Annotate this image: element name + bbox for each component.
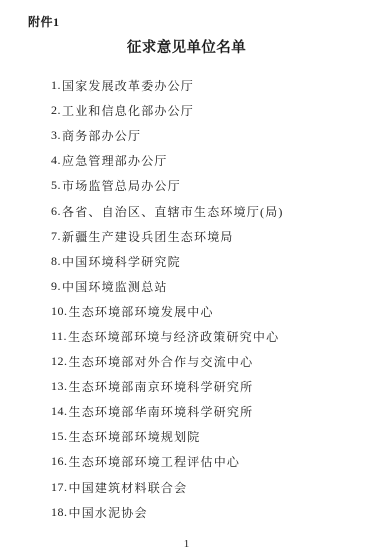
list-item: 11.生态环境部环境与经济政策研究中心 bbox=[51, 324, 367, 349]
list-item: 16.生态环境部环境工程评估中心 bbox=[51, 449, 367, 474]
list-item-name: 中国环境监测总站 bbox=[62, 278, 168, 295]
page-number: 1 bbox=[0, 538, 373, 550]
list-item-number: 4. bbox=[51, 153, 61, 168]
list-item-number: 15. bbox=[51, 429, 68, 444]
list-item-name: 生态环境部华南环境科学研究所 bbox=[69, 403, 254, 420]
document-page: 附件1 征求意见单位名单 1.国家发展改革委办公厅2.工业和信息化部办公厅3.商… bbox=[0, 0, 373, 554]
list-item: 13.生态环境部南京环境科学研究所 bbox=[51, 374, 367, 399]
list-item-number: 1. bbox=[51, 78, 61, 93]
list-item-name: 中国水泥协会 bbox=[69, 504, 148, 521]
list-item-number: 16. bbox=[51, 454, 68, 469]
list-item-number: 12. bbox=[51, 354, 68, 369]
attachment-label: 附件1 bbox=[28, 13, 60, 30]
list-item-name: 中国环境科学研究院 bbox=[62, 253, 181, 270]
list-item-name: 生态环境部对外合作与交流中心 bbox=[69, 353, 254, 370]
list-item-name: 各省、自治区、直辖市生态环境厅(局) bbox=[62, 203, 284, 220]
list-item-number: 2. bbox=[51, 103, 61, 118]
list-item: 14.生态环境部华南环境科学研究所 bbox=[51, 399, 367, 424]
list-item: 17.中国建筑材料联合会 bbox=[51, 475, 367, 500]
unit-list: 1.国家发展改革委办公厅2.工业和信息化部办公厅3.商务部办公厅4.应急管理部办… bbox=[51, 73, 367, 525]
list-item: 18.中国水泥协会 bbox=[51, 500, 367, 525]
list-item-number: 14. bbox=[51, 404, 68, 419]
list-item-number: 18. bbox=[51, 505, 68, 520]
list-item-name: 生态环境部南京环境科学研究所 bbox=[69, 378, 254, 395]
list-item-number: 3. bbox=[51, 128, 61, 143]
list-item-number: 5. bbox=[51, 178, 61, 193]
list-item: 15.生态环境部环境规划院 bbox=[51, 424, 367, 449]
list-item-number: 13. bbox=[51, 379, 68, 394]
list-item-number: 9. bbox=[51, 279, 61, 294]
list-item: 12.生态环境部对外合作与交流中心 bbox=[51, 349, 367, 374]
list-item-name: 生态环境部环境与经济政策研究中心 bbox=[68, 328, 279, 345]
list-item: 1.国家发展改革委办公厅 bbox=[51, 73, 367, 98]
list-item-name: 生态环境部环境规划院 bbox=[69, 428, 201, 445]
list-item-name: 工业和信息化部办公厅 bbox=[62, 102, 194, 119]
list-item: 7.新疆生产建设兵团生态环境局 bbox=[51, 224, 367, 249]
list-item-name: 生态环境部环境发展中心 bbox=[69, 303, 214, 320]
list-item-number: 17. bbox=[51, 480, 68, 495]
list-item-name: 国家发展改革委办公厅 bbox=[62, 77, 194, 94]
list-item-name: 商务部办公厅 bbox=[62, 127, 141, 144]
list-item-name: 新疆生产建设兵团生态环境局 bbox=[62, 228, 234, 245]
list-item-number: 7. bbox=[51, 229, 61, 244]
list-item: 10.生态环境部环境发展中心 bbox=[51, 299, 367, 324]
list-item: 3.商务部办公厅 bbox=[51, 123, 367, 148]
list-item: 8.中国环境科学研究院 bbox=[51, 249, 367, 274]
list-item: 2.工业和信息化部办公厅 bbox=[51, 98, 367, 123]
list-item: 4.应急管理部办公厅 bbox=[51, 148, 367, 173]
page-title: 征求意见单位名单 bbox=[0, 36, 373, 57]
list-item-number: 8. bbox=[51, 254, 61, 269]
list-item-number: 11. bbox=[51, 329, 67, 344]
list-item: 5.市场监管总局办公厅 bbox=[51, 173, 367, 198]
list-item-name: 生态环境部环境工程评估中心 bbox=[69, 453, 241, 470]
list-item-name: 市场监管总局办公厅 bbox=[62, 177, 181, 194]
list-item-number: 6. bbox=[51, 204, 61, 219]
list-item: 6.各省、自治区、直辖市生态环境厅(局) bbox=[51, 198, 367, 223]
list-item-name: 中国建筑材料联合会 bbox=[69, 479, 188, 496]
list-item: 9.中国环境监测总站 bbox=[51, 274, 367, 299]
list-item-number: 10. bbox=[51, 304, 68, 319]
list-item-name: 应急管理部办公厅 bbox=[62, 152, 168, 169]
